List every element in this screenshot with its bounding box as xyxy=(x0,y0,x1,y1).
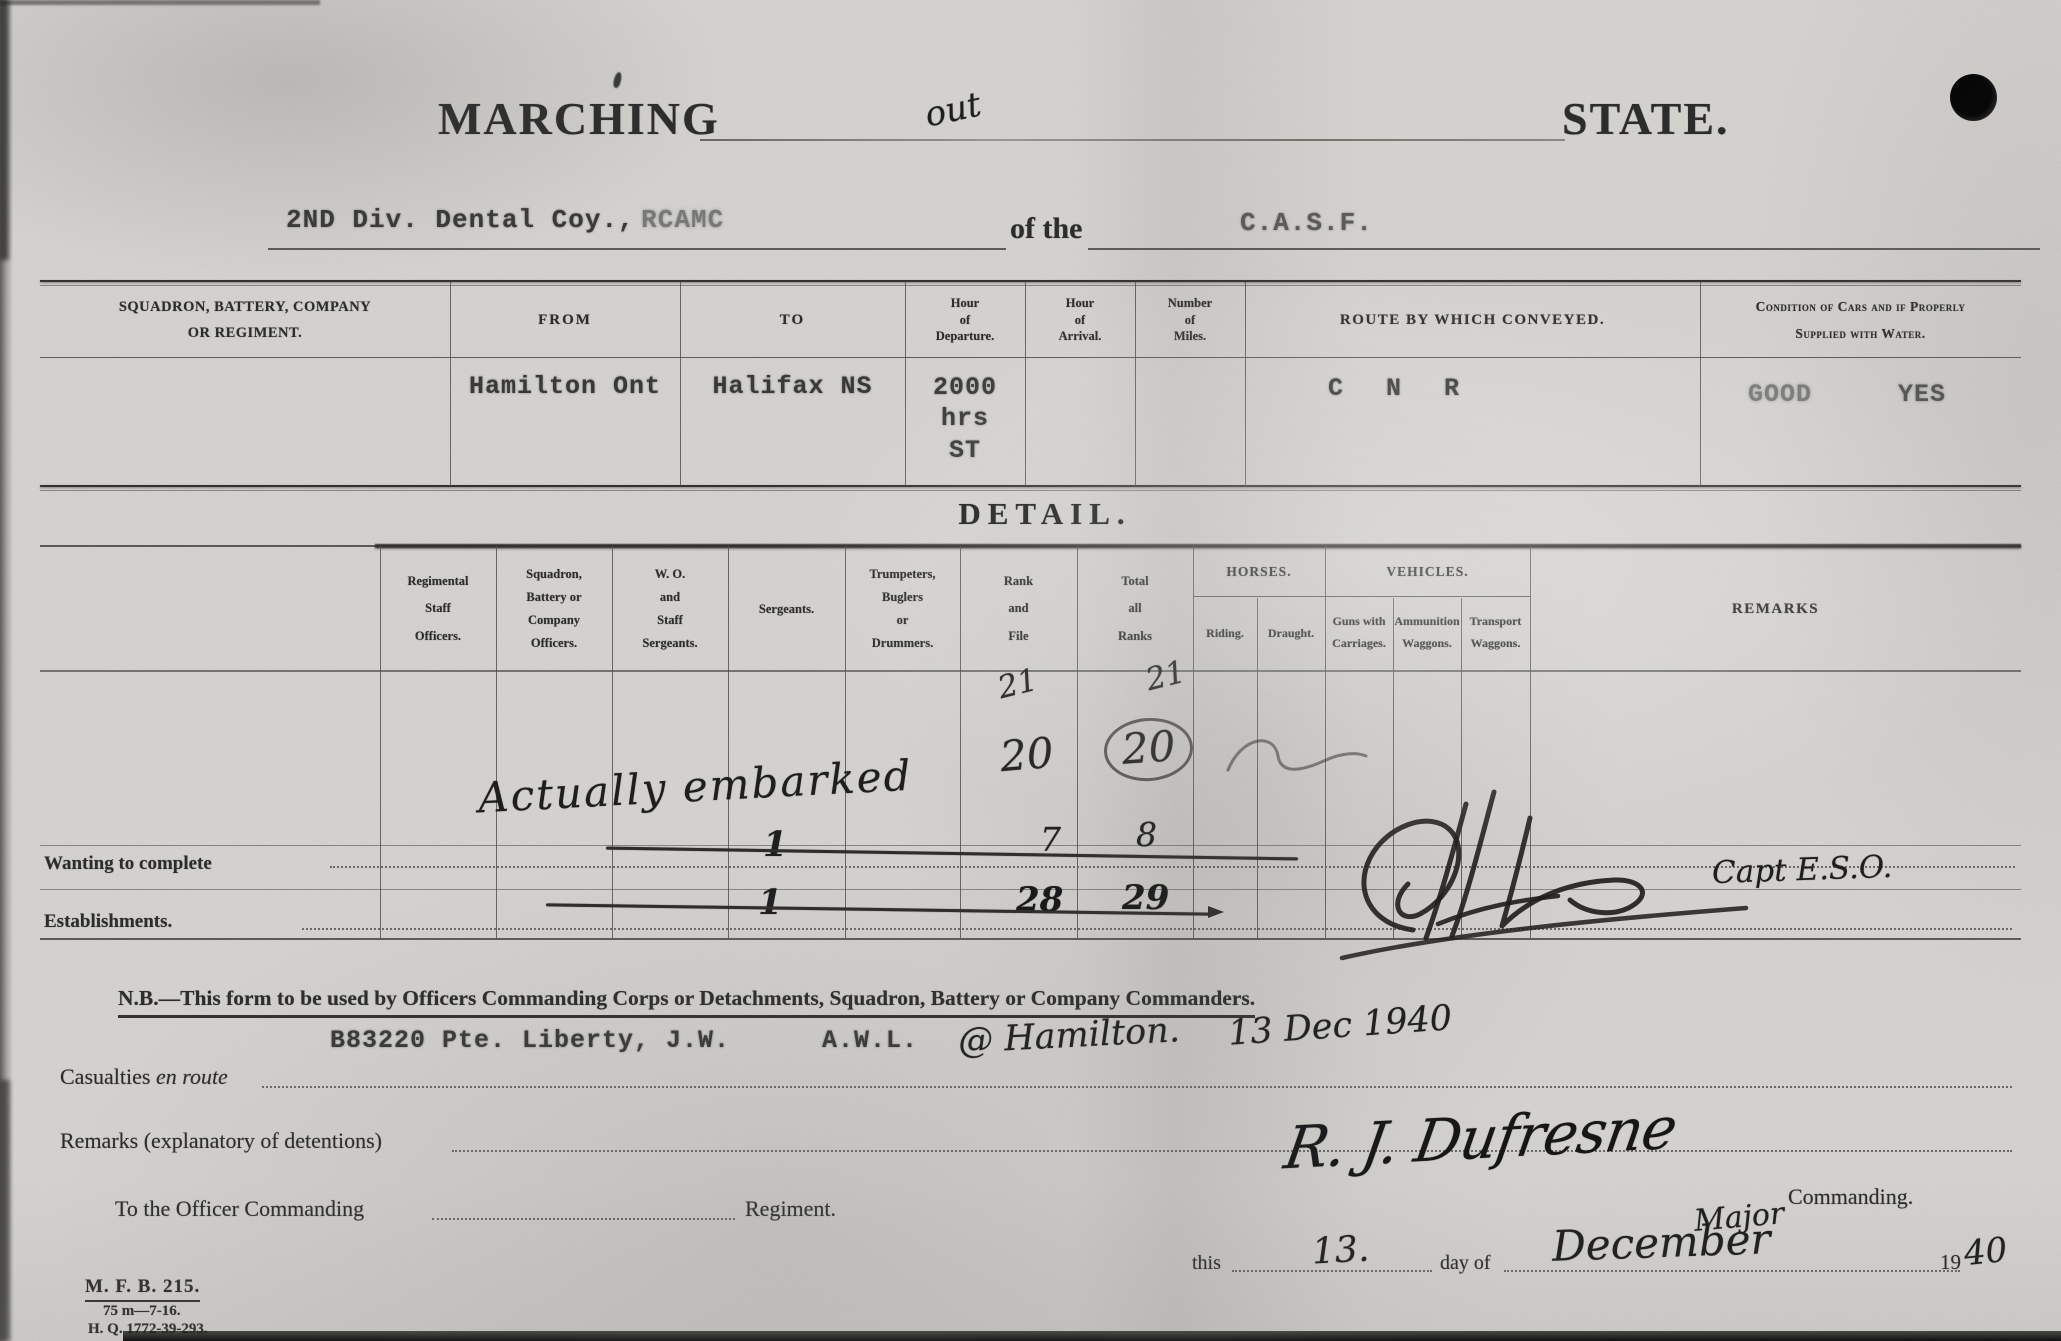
route-row-route: C N R xyxy=(1328,374,1473,403)
strike-arrowhead xyxy=(1208,906,1224,918)
route-header-squadron: SQUADRON, BATTERY, COMPANY OR REGIMENT. xyxy=(40,284,450,356)
detail-header-rank-file: Rank and File xyxy=(960,548,1077,670)
form-code: M. F. B. 215. xyxy=(85,1276,200,1302)
commanding-label: Commanding. xyxy=(1788,1184,1913,1210)
route-header-from: FROM xyxy=(450,284,680,356)
detail-header-squadron: Squadron, Battery or Company Officers. xyxy=(496,548,612,670)
hand-embarked-total-circled: 20 xyxy=(1102,715,1196,784)
route-table-bottom-rule2 xyxy=(40,490,2021,491)
detail-header-riding: Riding. xyxy=(1193,598,1257,668)
hand-month-value: December xyxy=(1551,1214,1771,1271)
detail-heading: DETAIL. xyxy=(935,496,1155,532)
detail-header-trumpeters: Trumpeters, Buglers or Drummers. xyxy=(845,548,960,670)
route-header-arrival: Hour of Arrival. xyxy=(1025,284,1135,356)
detail-header-remarks: REMARKS xyxy=(1530,548,2021,670)
remarks-dotted-line xyxy=(452,1136,2012,1152)
route-table-top-rule xyxy=(40,280,2021,282)
route-header-departure: Hour of Departure. xyxy=(905,284,1025,356)
force-typed: C.A.S.F. xyxy=(1240,208,1373,238)
unit-typed: 2ND Div. Dental Coy., xyxy=(286,205,635,235)
regiment-dotted-line xyxy=(432,1204,735,1220)
hand-awl-date: 13 Dec 1940 xyxy=(1227,998,1453,1054)
detail-header-regimental: Regimental Staff Officers. xyxy=(380,548,496,670)
wanting-to-complete-label: Wanting to complete xyxy=(44,853,212,875)
remarks-detentions-label: Remarks (explanatory of detentions) xyxy=(60,1128,382,1154)
stray-ink-mark xyxy=(612,71,623,88)
route-row-departure: 2000 hrs ST xyxy=(905,372,1025,484)
scan-edge-left-lower xyxy=(0,1080,10,1341)
hand-embarked-rank-file: 20 xyxy=(998,728,1056,781)
detail-group-horses: HORSES. xyxy=(1193,550,1325,594)
hand-signature-name: R. J. Dufresne xyxy=(1280,1093,1681,1182)
route-row-to: Halifax NS xyxy=(680,372,905,482)
detail-group-rule xyxy=(1193,596,1530,597)
unit-corps-typed: RCAMC xyxy=(641,205,724,235)
scanned-form-marching-state: MARCHING out STATE. 2ND Div. Dental Coy.… xyxy=(0,0,2061,1341)
awl-entry-typed: B83220 Pte. Liberty, J.W. xyxy=(330,1026,730,1055)
route-row-condition-water: YES xyxy=(1898,380,1946,409)
route-row-condition-state: GOOD xyxy=(1748,380,1812,409)
officer-signature-scrawl xyxy=(1318,772,1758,967)
year-printed: 19 xyxy=(1940,1250,1961,1275)
unit-underline-right xyxy=(1088,248,2040,250)
form-title-left: MARCHING xyxy=(438,92,720,145)
route-header-miles: Number of Miles. xyxy=(1135,284,1245,356)
hand-wanting-total: 8 xyxy=(1136,815,1157,854)
hand-wanting-sergeants: 1 xyxy=(763,824,787,865)
regiment-label: Regiment. xyxy=(745,1196,836,1222)
scan-edge-left-dark xyxy=(0,0,9,260)
hand-officer-rank: Capt E.S.O. xyxy=(1711,849,1892,891)
hand-establishments-rank-file: 28 xyxy=(1016,880,1063,920)
detail-header-draught: Draught. xyxy=(1257,598,1325,668)
establishments-label: Establishments. xyxy=(44,911,172,933)
casualties-label: Casualties xyxy=(60,1064,150,1089)
form-print-run: 75 m—7-16. xyxy=(103,1303,181,1320)
scan-edge-bottom xyxy=(123,1331,2061,1341)
unit-underline-left xyxy=(268,248,1006,250)
to-officer-commanding-label: To the Officer Commanding xyxy=(115,1196,364,1222)
detail-header-total: Total all Ranks xyxy=(1077,548,1193,670)
route-table-bottom-rule xyxy=(40,485,2021,487)
title-fill-line xyxy=(700,139,1565,141)
route-header-condition: Condition of Cars and if Properly Suppli… xyxy=(1700,284,2021,356)
hand-actually-embarked: Actually embarked xyxy=(477,751,914,823)
day-of-label: day of xyxy=(1440,1252,1491,1275)
detail-header-sergeants: Sergeants. xyxy=(728,548,845,670)
detail-header-transport: Transport Waggons. xyxy=(1461,598,1530,668)
hole-punch-mark xyxy=(1950,74,1997,121)
nb-note: N.B.—This form to be used by Officers Co… xyxy=(118,986,1255,1018)
detail-header-wo: W. O. and Staff Sergeants. xyxy=(612,548,728,670)
route-header-route: ROUTE BY WHICH CONVEYED. xyxy=(1245,284,1700,356)
casualties-label-italic: en route xyxy=(156,1064,228,1089)
hand-day-value: 13. xyxy=(1311,1229,1370,1273)
casualties-line: Casualties en route xyxy=(60,1064,228,1090)
route-row-from: Hamilton Ont xyxy=(450,372,680,482)
hand-year-value: 40 xyxy=(1962,1230,2009,1274)
hand-establishments-sergeants: 1 xyxy=(758,882,782,923)
scan-edge-top xyxy=(0,0,320,5)
detail-group-vehicles: VEHICLES. xyxy=(1325,550,1530,594)
hand-prev-rank-file: 21 xyxy=(994,662,1041,706)
hand-prev-total: 21 xyxy=(1142,654,1189,698)
route-header-to: TO xyxy=(680,284,905,356)
detail-header-guns: Guns with Carriages. xyxy=(1325,598,1393,668)
title-handwritten-word: out xyxy=(921,85,984,136)
detail-header-ammunition: Ammunition Waggons. xyxy=(1393,598,1461,668)
form-title-right: STATE. xyxy=(1562,92,1730,145)
of-the-label: of the xyxy=(1010,212,1082,246)
this-label: this xyxy=(1192,1252,1221,1275)
route-table-header-rule xyxy=(40,357,2021,358)
casualties-dotted-line xyxy=(262,1072,2012,1088)
awl-status-typed: A.W.L. xyxy=(822,1026,918,1055)
unit-line: 2ND Div. Dental Coy., RCAMC xyxy=(286,204,724,235)
